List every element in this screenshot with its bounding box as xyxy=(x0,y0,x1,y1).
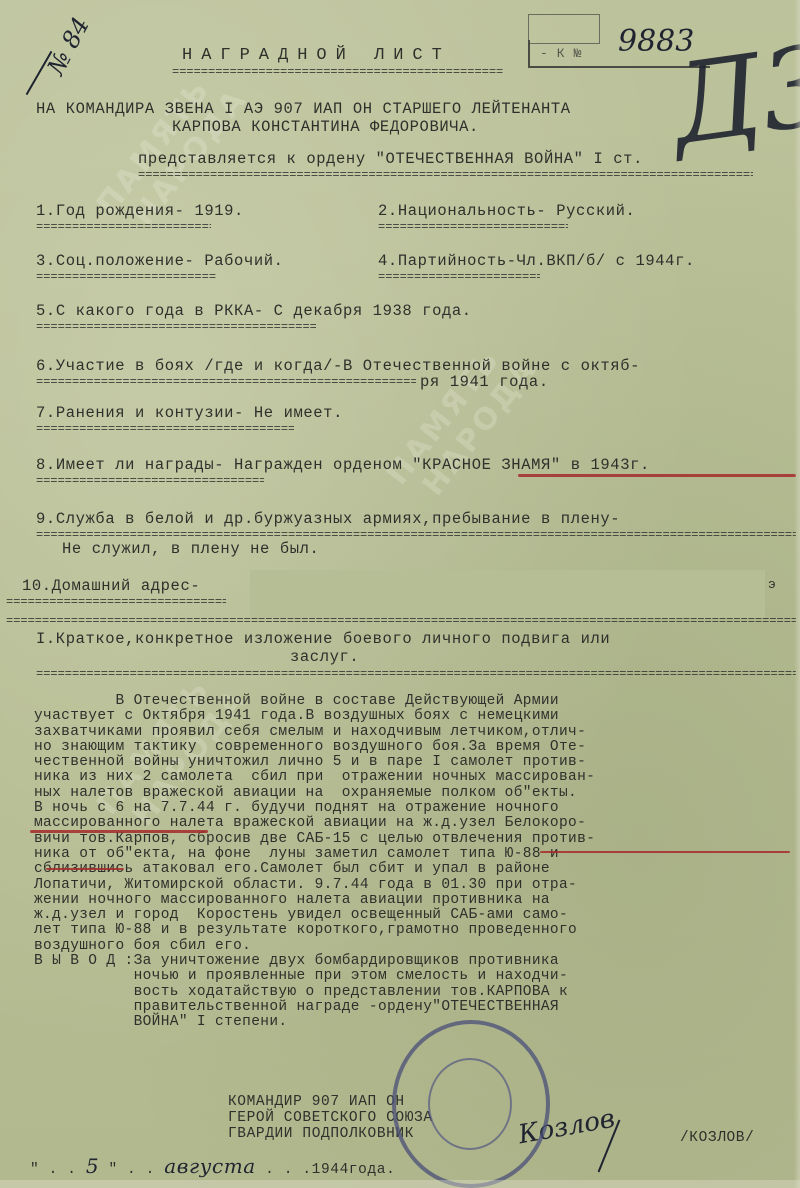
seal-emblem xyxy=(428,1058,512,1150)
paper-edge xyxy=(0,1180,800,1188)
presented-for-award: представляется к ордену "ОТЕЧЕСТВЕННАЯ В… xyxy=(138,150,643,168)
field-white-army-captivity-value: Не служил, в плену не был. xyxy=(62,540,319,558)
red-pencil-underline xyxy=(518,474,796,477)
nominee-line-2: КАРПОВА КОНСТАНТИНА ФЕДОРОВИЧА. xyxy=(172,118,479,136)
field-white-army-captivity: 9.Служба в белой и др.буржуазных армиях,… xyxy=(36,510,620,528)
double-underline: ============================== xyxy=(378,223,568,231)
section-heading-line-1: I.Краткое,конкретное изложение боевого л… xyxy=(36,630,610,648)
narrative-line: В Ы В О Д :За уничтожение двух бомбардир… xyxy=(34,954,595,969)
section-divider: ========================================… xyxy=(6,617,796,625)
double-underline: ========================================… xyxy=(138,171,753,179)
double-underline: =========================== xyxy=(378,273,540,281)
narrative-line: захватчиками проявил себя смелым и наход… xyxy=(34,725,595,740)
handwritten-sheet-number: № 84 xyxy=(42,13,95,80)
field-social-status: 3.Соц.положение- Рабочий. xyxy=(36,252,284,270)
double-underline: ============================= xyxy=(36,273,216,281)
narrative-line: участвует с Октября 1941 года.В воздушны… xyxy=(34,709,595,724)
award-sheet-document: ПАМЯТЬ НАРОДА ПАМЯТЬ НАРОДА ПАМЯТЬ НАРОД… xyxy=(0,0,800,1188)
field-wounds: 7.Ранения и контузии- Не имеет. xyxy=(36,404,343,422)
field-combat-participation: 6.Участие в боях /где и когда/-В Отечест… xyxy=(36,357,640,375)
red-pencil-underline xyxy=(30,830,208,833)
red-pencil-underline xyxy=(540,851,790,853)
narrative-line: ночью и проявленные при этом смелость и … xyxy=(34,969,595,984)
narrative-line: но знающим тактику современного воздушно… xyxy=(34,740,595,755)
signatory-name: /КОЗЛОВ/ xyxy=(680,1130,754,1146)
narrative-line: воздушного боя сбил его. xyxy=(34,939,595,954)
signatory-position: КОМАНДИР 907 ИАП ОН xyxy=(228,1094,405,1110)
date-month-handwritten: августа xyxy=(164,1154,256,1178)
address-trailing-char: э xyxy=(768,577,776,592)
field-home-address: 10.Домашний адрес- xyxy=(22,577,200,595)
double-underline: ===================================== xyxy=(36,477,264,485)
double-underline: ========================================… xyxy=(36,378,416,386)
narrative-line: Лопатичи, Житомирской области. 9.7.44 го… xyxy=(34,878,595,893)
field-combat-participation-cont: ря 1941 года. xyxy=(420,373,549,391)
paper-edge xyxy=(794,0,800,1188)
narrative-text: В Отечественной войне в составе Действую… xyxy=(34,694,595,1031)
narrative-line: ника из них 2 самолета сбил при отражени… xyxy=(34,770,595,785)
registry-number-label: - К № xyxy=(540,46,582,61)
handwritten-resolution-mark: Д3 xyxy=(665,29,800,160)
field-previous-awards: 8.Имеет ли награды- Награжден орденом "К… xyxy=(36,456,650,474)
redacted-address xyxy=(250,570,765,618)
narrative-line: вичи тов.Карпов, сбросив две САБ-15 с це… xyxy=(34,832,595,847)
narrative-line: правительственной награде -ордену"ОТЕЧЕС… xyxy=(34,1000,595,1015)
narrative-line: вость ходатайствую о представлении тов.К… xyxy=(34,985,595,1000)
narrative-line: ВОЙНА" I степени. xyxy=(34,1015,595,1030)
field-birth-year: 1.Год рождения- 1919. xyxy=(36,202,244,220)
nominee-line-1: НА КОМАНДИРА ЗВЕНА I АЭ 907 ИАП ОН СТАРШ… xyxy=(36,100,571,118)
double-underline: ========================================… xyxy=(36,323,316,331)
date-day-handwritten: 5 xyxy=(86,1154,99,1178)
signatory-rank: ГВАРДИИ ПОДПОЛКОВНИК xyxy=(228,1126,414,1142)
red-pencil-underline xyxy=(46,868,124,870)
double-underline: ========================================… xyxy=(36,531,796,539)
narrative-line: ж.д.узел и город Коростень увидел освеще… xyxy=(34,908,595,923)
double-underline: ========================================… xyxy=(172,68,517,76)
narrative-line: жении ночного массированного налета авиа… xyxy=(34,893,595,908)
section-divider: ========================================… xyxy=(36,670,796,678)
field-party-membership: 4.Партийность-Чл.ВКП/б/ с 1944г. xyxy=(378,252,695,270)
section-heading-line-2: заслуг. xyxy=(290,648,359,666)
field-nationality: 2.Национальность- Русский. xyxy=(378,202,635,220)
narrative-line: В Отечественной войне в составе Действую… xyxy=(34,694,595,709)
double-underline: ======================================= xyxy=(6,598,226,606)
narrative-line: ника от об"екта, на фоне луны заметил са… xyxy=(34,847,595,862)
double-underline: ============================ xyxy=(36,223,211,231)
narrative-line: лет типа Ю-88 и в результате короткого,г… xyxy=(34,923,595,938)
narrative-line: ных налетов вражеской авиации на охраняе… xyxy=(34,786,595,801)
date-line: " . . 5 " . . августа . . .1944года. xyxy=(30,1154,395,1178)
document-title: НАГРАДНОЙ ЛИСТ xyxy=(182,46,451,65)
double-underline: ========================================… xyxy=(36,425,294,433)
field-army-since: 5.С какого года в РККА- С декабря 1938 г… xyxy=(36,302,472,320)
pen-stroke xyxy=(26,51,53,95)
